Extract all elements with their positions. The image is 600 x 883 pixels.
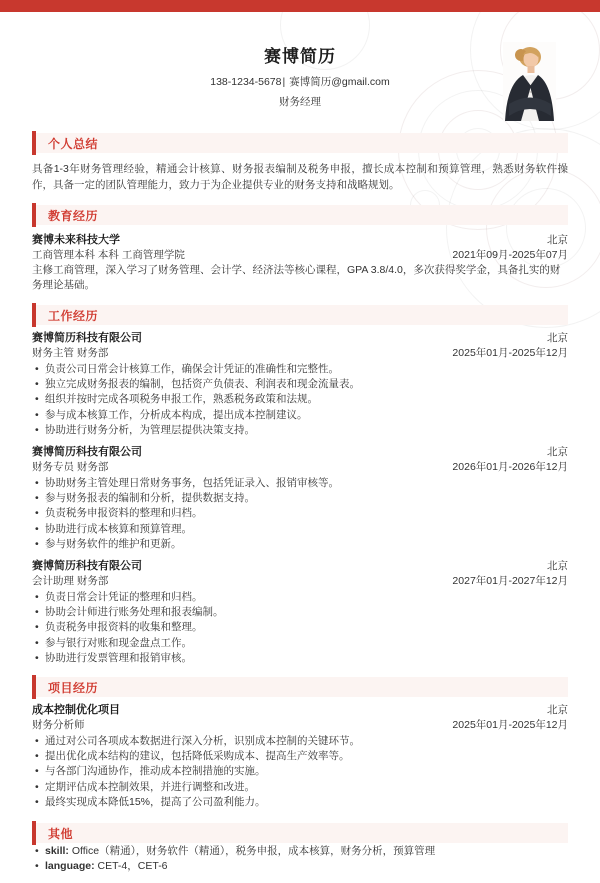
section-header-summary: 个人总结: [32, 133, 568, 153]
language-item: language: CET-4，CET-6: [32, 860, 568, 873]
bullet-item: 协助进行财务分析，为管理层提供决策支持。: [32, 424, 568, 437]
education-school-row: 赛博未来科技大学 北京: [32, 233, 568, 248]
bullet-item: 通过对公司各项成本数据进行深入分析，识别成本控制的关键环节。: [32, 735, 568, 748]
work-dates: 2025年01月-2025年12月: [452, 346, 568, 361]
bullet-item: 最终实现成本降低15%，提高了公司盈利能力。: [32, 796, 568, 809]
company-name: 赛博简历科技有限公司: [32, 445, 142, 460]
bullet-item: 协助进行发票管理和报销审核。: [32, 652, 568, 665]
role-row: 财务专员 财务部 2026年01月-2026年12月: [32, 460, 568, 475]
skill-text: Office（精通），财务软件（精通），税务申报，成本核算，财务分析，预算管理: [69, 845, 435, 857]
work-dates: 2026年01月-2026年12月: [452, 460, 568, 475]
section-header-other: 其他: [32, 823, 568, 843]
bullet-item: 负责税务申报资料的收集和整理。: [32, 621, 568, 634]
section-title: 项目经历: [48, 679, 98, 696]
summary-text: 具备1-3年财务管理经验，精通会计核算、财务报表编制及税务申报，擅长成本控制和预…: [32, 162, 568, 193]
bullet-item: 负责公司日常会计核算工作，确保会计凭证的准确性和完整性。: [32, 363, 568, 376]
profile-photo: [503, 42, 556, 121]
bullet-item: 提出优化成本结构的建议，包括降低采购成本、提高生产效率等。: [32, 750, 568, 763]
skill-label: skill:: [45, 845, 69, 857]
section-header-projects: 项目经历: [32, 677, 568, 697]
bullet-item: 参与成本核算工作，分析成本构成，提出成本控制建议。: [32, 409, 568, 422]
degree: 工商管理本科 本科 工商管理学院: [32, 248, 185, 263]
school-city: 北京: [547, 233, 568, 248]
other-list: skill: Office（精通），财务软件（精通），税务申报，成本核算，财务分…: [32, 845, 568, 873]
language-text: CET-4，CET-6: [95, 860, 168, 872]
role-row: 会计助理 财务部 2027年01月-2027年12月: [32, 574, 568, 589]
bullet-item: 协助会计师进行账务处理和报表编制。: [32, 606, 568, 619]
company-row: 赛博简历科技有限公司 北京: [32, 331, 568, 346]
section-header-work: 工作经历: [32, 305, 568, 325]
work-entry: 赛博简历科技有限公司 北京 会计助理 财务部 2027年01月-2027年12月…: [32, 559, 568, 665]
project-name: 成本控制优化项目: [32, 703, 120, 718]
email-address: 赛博简历@gmail.com: [289, 76, 390, 88]
phone-number: 138-1234-5678: [210, 76, 281, 88]
project-dates: 2025年01月-2025年12月: [452, 718, 568, 733]
bullet-item: 与各部门沟通协作，推动成本控制措施的实施。: [32, 765, 568, 778]
bullet-item: 定期评估成本控制效果，并进行调整和改进。: [32, 781, 568, 794]
company-row: 赛博简历科技有限公司 北京: [32, 445, 568, 460]
bullet-list: 协助财务主管处理日常财务事务，包括凭证录入、报销审核等。 参与财务报表的编制和分…: [32, 477, 568, 551]
project-entry: 成本控制优化项目 北京 财务分析师 2025年01月-2025年12月 通过对公…: [32, 703, 568, 809]
bullet-item: 负责日常会计凭证的整理和归档。: [32, 591, 568, 604]
bullet-item: 协助财务主管处理日常财务事务，包括凭证录入、报销审核等。: [32, 477, 568, 490]
contact-separator: |: [282, 76, 285, 88]
bullet-list: 负责公司日常会计核算工作，确保会计凭证的准确性和完整性。 独立完成财务报表的编制…: [32, 363, 568, 437]
skill-item: skill: Office（精通），财务软件（精通），税务申报，成本核算，财务分…: [32, 845, 568, 858]
project-role-row: 财务分析师 2025年01月-2025年12月: [32, 718, 568, 733]
bullet-item: 协助进行成本核算和预算管理。: [32, 523, 568, 536]
project-role: 财务分析师: [32, 718, 85, 733]
section-title: 工作经历: [48, 307, 98, 324]
company-name: 赛博简历科技有限公司: [32, 331, 142, 346]
section-title: 其他: [48, 825, 73, 842]
section-title: 个人总结: [48, 135, 98, 152]
role-title: 财务专员 财务部: [32, 460, 108, 475]
education-dates: 2021年09月-2025年07月: [452, 248, 568, 263]
work-entry: 赛博简历科技有限公司 北京 财务主管 财务部 2025年01月-2025年12月…: [32, 331, 568, 437]
education-description: 主修工商管理，深入学习了财务管理、会计学、经济法等核心课程，GPA 3.8/4.…: [32, 263, 568, 293]
education-description-row: 主修工商管理，深入学习了财务管理、会计学、经济法等核心课程，GPA 3.8/4.…: [32, 263, 568, 293]
bullet-item: 独立完成财务报表的编制，包括资产负债表、利润表和现金流量表。: [32, 378, 568, 391]
section-title: 教育经历: [48, 207, 98, 224]
section-header-education: 教育经历: [32, 205, 568, 225]
project-row: 成本控制优化项目 北京: [32, 703, 568, 718]
company-city: 北京: [547, 445, 568, 460]
company-city: 北京: [547, 559, 568, 574]
school-name: 赛博未来科技大学: [32, 233, 120, 248]
work-entry: 赛博简历科技有限公司 北京 财务专员 财务部 2026年01月-2026年12月…: [32, 445, 568, 551]
language-label: language:: [45, 860, 95, 872]
bullet-list: 负责日常会计凭证的整理和归档。 协助会计师进行账务处理和报表编制。 负责税务申报…: [32, 591, 568, 665]
bullet-list: 通过对公司各项成本数据进行深入分析，识别成本控制的关键环节。 提出优化成本结构的…: [32, 735, 568, 809]
top-accent-bar: [0, 0, 600, 12]
company-row: 赛博简历科技有限公司 北京: [32, 559, 568, 574]
work-dates: 2027年01月-2027年12月: [452, 574, 568, 589]
resume-body: 个人总结 具备1-3年财务管理经验，精通会计核算、财务报表编制及税务申报，擅长成…: [0, 133, 600, 873]
resume-page: 赛博简历 138-1234-5678|赛博简历@gmail.com 财务经理 个…: [0, 0, 600, 883]
bullet-item: 负责税务申报资料的整理和归档。: [32, 507, 568, 520]
role-row: 财务主管 财务部 2025年01月-2025年12月: [32, 346, 568, 361]
bullet-item: 参与财务软件的维护和更新。: [32, 538, 568, 551]
project-city: 北京: [547, 703, 568, 718]
role-title: 会计助理 财务部: [32, 574, 108, 589]
company-city: 北京: [547, 331, 568, 346]
company-name: 赛博简历科技有限公司: [32, 559, 142, 574]
education-degree-row: 工商管理本科 本科 工商管理学院 2021年09月-2025年07月: [32, 248, 568, 263]
role-title: 财务主管 财务部: [32, 346, 108, 361]
bullet-item: 参与银行对账和现金盘点工作。: [32, 637, 568, 650]
bullet-item: 组织并按时完成各项税务申报工作，熟悉税务政策和法规。: [32, 393, 568, 406]
bullet-item: 参与财务报表的编制和分析，提供数据支持。: [32, 492, 568, 505]
